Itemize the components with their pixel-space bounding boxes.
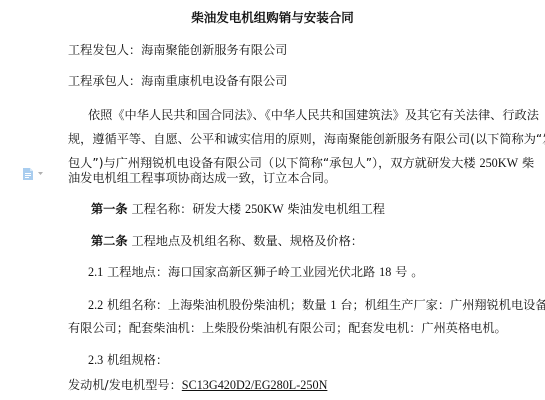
employer-name: 海南聚能创新服务有限公司 xyxy=(141,43,287,57)
preamble-line-1: 依照《中华人民共和国合同法》、《中华人民共和国建筑法》及其它有关法律、行政法 xyxy=(88,107,539,123)
power-rating: 250KW xyxy=(245,202,284,216)
article-2-label: 第二条 xyxy=(91,234,128,248)
article-1-text: 柴油发电机组工程 xyxy=(284,202,385,216)
article-2-text: 工程地点及机组名称、数量、规格及价格： xyxy=(131,234,363,248)
document-title: 柴油发电机组购销与安装合同 xyxy=(0,10,545,26)
power-rating: 250KW xyxy=(479,156,518,170)
model-label: 发动机/发电机型号： xyxy=(68,378,182,392)
model-line: 发动机/发电机型号：SC13G420D2/EG280L-250N xyxy=(68,377,327,393)
clause-2-3: 2.3 机组规格： xyxy=(88,352,168,368)
document-icon[interactable] xyxy=(23,168,33,180)
article-2: 第二条 工程地点及机组名称、数量、规格及价格： xyxy=(91,233,363,249)
preamble-line-4: 油发电机组工程事项协商达成一致，订立本合同。 xyxy=(68,170,336,186)
model-value: SC13G420D2/EG280L-250N xyxy=(182,378,328,392)
clause-text: 号 。 xyxy=(391,265,423,279)
clause-number: 2.1 xyxy=(88,265,103,279)
clause-text: 机组规格： xyxy=(103,353,168,367)
clause-2-1: 2.1 工程地点：海口国家高新区狮子岭工业园光伏北路 18 号 。 xyxy=(88,264,423,280)
contractor-label: 工程承包人： xyxy=(68,74,141,88)
article-1-text: 工程名称：研发大楼 xyxy=(131,202,245,216)
article-1: 第一条 工程名称：研发大楼 250KW 柴油发电机组工程 xyxy=(91,201,385,217)
clause-text: 工程地点：海口国家高新区狮子岭工业园光伏北路 xyxy=(103,265,379,279)
document-page: 柴油发电机组购销与安装合同 工程发包人：海南聚能创新服务有限公司 工程承包人：海… xyxy=(0,0,545,400)
clause-text: 机组名称：上海柴油机股份柴油机；数量 xyxy=(103,298,330,312)
preamble-text: 柴 xyxy=(518,156,534,170)
preamble-line-2: 规，遵循平等、自愿、公平和诚实信用的原则，海南聚能创新服务有限公司(以下简称为“… xyxy=(68,131,545,147)
preamble-line-3: 包人”)与广州翔锐机电设备有限公司（以下简称“承包人”），双方就研发大楼 250… xyxy=(68,155,534,171)
chevron-down-icon[interactable] xyxy=(38,172,43,175)
clause-number: 2.3 xyxy=(88,353,103,367)
clause-2-2-line-2: 有限公司；配套柴油机：上柴股份柴油机有限公司；配套发电机：广州英格电机。 xyxy=(68,320,507,336)
employer-label: 工程发包人： xyxy=(68,43,141,57)
address-number: 18 xyxy=(379,265,391,279)
preamble-text: 包人”)与广州翔锐机电设备有限公司（以下简称“承包人”），双方就研发大楼 xyxy=(68,156,479,170)
employer-line: 工程发包人：海南聚能创新服务有限公司 xyxy=(68,42,287,58)
contractor-line: 工程承包人：海南重康机电设备有限公司 xyxy=(68,73,287,89)
clause-2-2-line-1: 2.2 机组名称：上海柴油机股份柴油机；数量 1 台；机组生产厂家：广州翔锐机电… xyxy=(88,297,545,313)
article-1-label: 第一条 xyxy=(91,202,128,216)
clause-number: 2.2 xyxy=(88,298,103,312)
contractor-name: 海南重康机电设备有限公司 xyxy=(141,74,287,88)
clause-text: 台；机组生产厂家：广州翔锐机电设备 xyxy=(336,298,545,312)
